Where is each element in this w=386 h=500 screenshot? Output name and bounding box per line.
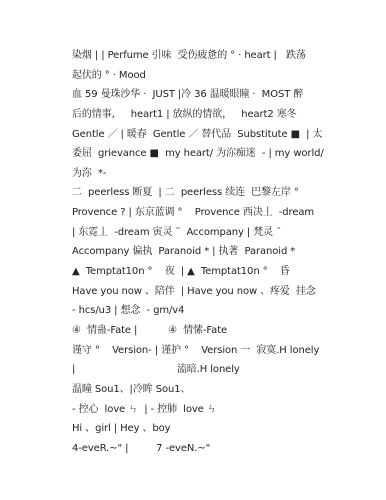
text-line: Have you now 、陪伴 | Have you now 、疼爱 挂念 [72, 282, 372, 302]
text-line: Gentle ／ | 暖春 Gentle ／ 替代品 Substitute ■ … [72, 125, 372, 145]
text-line: 起伏的 ° · Mood [72, 66, 372, 86]
text-line: 后的情事， heart1 | 放纵的情欲， heart2 寒冬 [72, 105, 372, 125]
text-line: | 溘暗.H lonely [72, 360, 372, 380]
text-line: 染烟 | | Perfume 引味 受伤疲惫的 ° · heart | 跌荡 [72, 46, 372, 66]
text-line: - hcs/u3 | 想念 - gm/v4 [72, 301, 372, 321]
text-line: Accompany 偏执 Paranoid * | 执著 Paranoid * [72, 242, 372, 262]
text-line: 温瞳 Sou1、|冷眸 Sou1、 [72, 380, 372, 400]
text-line: 血 59 曼珠沙华 · JUST |冷 36 温暖眼瞳 · MOST 醉 [72, 85, 372, 105]
text-line: Hi 、girl | Hey 、boy [72, 419, 372, 439]
text-line: 4-eveR.~" | 7 -eveN.~" [72, 439, 372, 459]
text-line: ④ 情蛊-Fate | ④ 情愫-Fate [72, 321, 372, 341]
text-line: 谨守 ° Version- | 谨护 ° Version 一 寂寞.H lone… [72, 341, 372, 361]
text-line: - 控心 love ㄣ | - 控肺 love ㄣ [72, 400, 372, 420]
text-line: | 东霓丄 -dream 寅灵 ˜ Accompany | 梵灵 ˜ [72, 223, 372, 243]
text-line: 二 peerless 断夏 | 二 peerless 续连 巴黎左岸 ° [72, 183, 372, 203]
text-line: Provence ? | 东京蓝调 ° Provence 西决丄 -dream [72, 203, 372, 223]
text-line: ▲ Temptat10n ° 夜 | ▲ Temptat10n ° 昏 [72, 262, 372, 282]
document-body: 染烟 | | Perfume 引味 受伤疲惫的 ° · heart | 跌荡 起… [72, 46, 372, 458]
text-line: 委屈 grievance ■ my heart/ 为沵痴迷 - | my wor… [72, 144, 372, 164]
text-line: 为沵 *- [72, 164, 372, 184]
